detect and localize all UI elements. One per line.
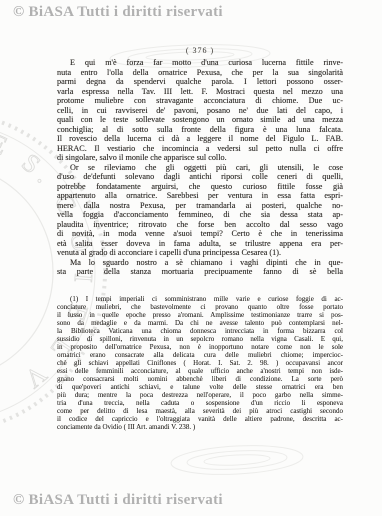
page-content: ( 376 ) E qui m'è forza far motto d'una …: [57, 46, 343, 431]
watermark-top: © BiASA Tutti i diritti riservati: [13, 4, 223, 21]
text-line: appartenuto alla ornatrice. Sarebbesi pe…: [57, 191, 343, 201]
text-line: mere dalla nostra Pexusa, per tramandarl…: [57, 201, 343, 211]
text-line: sussidio di spilloni, rinvenuta in un se…: [57, 335, 343, 343]
text-line: ornatrici erano consacrate alla delicata…: [57, 351, 343, 359]
footnote-block: (1) I tempi imperiali ci somministrano m…: [57, 295, 343, 431]
text-line: come per delitto di lesa maestà, alla se…: [57, 407, 343, 415]
text-line: essi delle femminili acconciature, al qu…: [57, 367, 343, 375]
text-line: varla espressa nella Tav. III lett. F. M…: [57, 87, 343, 97]
text-line: (1) I tempi imperiali ci somministrano m…: [57, 295, 343, 303]
text-line: il codice del capriccio e l'oltraggiata …: [57, 415, 343, 423]
text-line: quali con le teste sollevate sostengono …: [57, 115, 343, 125]
text-line: di singolare, salvo il monile che appari…: [57, 153, 343, 163]
text-line: più dura; mentre la poca destrezza nell'…: [57, 391, 343, 399]
page-number: ( 376 ): [57, 46, 343, 58]
text-line: nuta entro l'olla della ornatrice Pexusa…: [57, 68, 343, 78]
text-line: protome muliebre con stravagante acconci…: [57, 96, 343, 106]
text-line: il lusso in quelle epoche presso a'roman…: [57, 311, 343, 319]
text-line: in proposito dell'ornatrice Pexusa, non …: [57, 343, 343, 351]
text-line: celli, in cui ravviserei de' pavoni, pos…: [57, 106, 343, 116]
text-line: Or se rileviamo che gli oggetti più cari…: [57, 163, 343, 173]
text-line: sono da medaglie e da marmi. Da chi ne a…: [57, 319, 343, 327]
text-line: chè gli schiavi appellati Ciniflones ( H…: [57, 359, 343, 367]
text-line: di que'poveri antichi schiavi, e talune …: [57, 383, 343, 391]
text-line: età salita esser doveva in fama adulta, …: [57, 239, 343, 249]
text-line: potrebbe fondatamente arguirsi, che ques…: [57, 182, 343, 192]
scanned-page: D E S. C O I E L V © BiASA Tutti i dirit…: [0, 0, 382, 516]
text-line: HERAC. Il vestiario che incomincia a ved…: [57, 144, 343, 154]
text-line: la Biblioteca Vaticana una chioma donnes…: [57, 327, 343, 335]
text-line: E qui m'è forza far motto d'una curiosa …: [57, 58, 343, 68]
text-line: Ma lo sguardo nostro a sè chiamano i vag…: [57, 258, 343, 268]
text-line: di novità, in moda venne a'suoi tempi? C…: [57, 229, 343, 239]
text-line: Il rovescio della lucerna ci dà a legger…: [57, 134, 343, 144]
text-line: venuta al grado di acconciare i capelli …: [57, 248, 343, 258]
emboss-oval-bottom: [170, 443, 303, 478]
text-line: conciature muliebri, che bastevolmente c…: [57, 303, 343, 311]
watermark-bottom: © BiASA Tutti i diritti riservati: [13, 492, 223, 509]
text-line: gnano consacrarsi molti uomini abbenchè …: [57, 375, 343, 383]
text-line: d'uso de'defunti solevano dagli antichi …: [57, 172, 343, 182]
text-line: parmi degna da spendervi qualche parola.…: [57, 77, 343, 87]
text-line: tria d'una treccia, nella caduta o sospe…: [57, 399, 343, 407]
text-line: sta parte della stanza mortuaria precipu…: [57, 267, 343, 277]
main-text-block: E qui m'è forza far motto d'una curiosa …: [57, 58, 343, 277]
text-line: vella foggia d'acconciamento femmineo, d…: [57, 210, 343, 220]
stamp-inner-ring: [0, 164, 53, 380]
text-line: conciamente da Ovidio ( III Art. amandi …: [57, 423, 343, 431]
text-line: plaudita inventrice; ritrovato che forse…: [57, 220, 343, 230]
text-line: conchiglia; al di sotto sulla fronte del…: [57, 125, 343, 135]
